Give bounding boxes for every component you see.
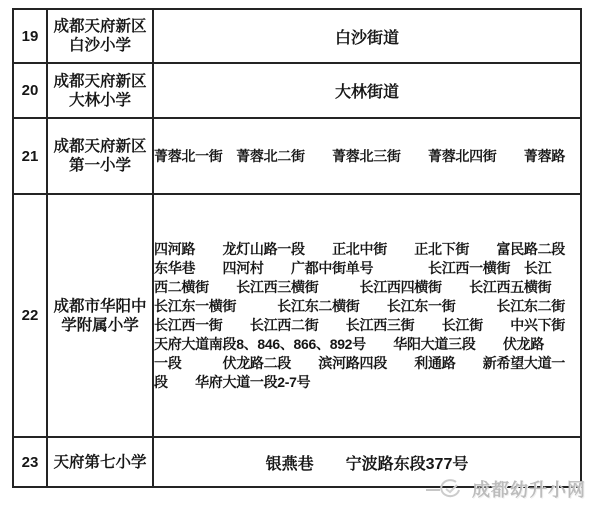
- school-name-line: 成都天府新区: [48, 72, 152, 91]
- street-list-line: 长江西一街 长江西二街 长江西三街 长江街 中兴下街: [154, 316, 580, 335]
- school-name-line: 第一小学: [48, 156, 152, 175]
- school-name-line: 大林小学: [48, 91, 152, 110]
- school-name-cell: 成都天府新区 白沙小学: [47, 9, 153, 63]
- school-district-table: 19 成都天府新区 白沙小学 白沙街道 20 成都天府新区 大林小学 大林街道 …: [12, 8, 582, 488]
- table-row: 19 成都天府新区 白沙小学 白沙街道: [13, 9, 581, 63]
- street-list-line: 四河路 龙灯山路一段 正北中街 正北下街 富民路二段: [154, 240, 580, 259]
- scribble-logo-icon: [426, 476, 470, 502]
- watermark-label: 成都幼升小网: [472, 476, 586, 502]
- school-name-line: 成都天府新区: [48, 17, 152, 36]
- street-list-line: 东华巷 四河村 广都中街单号 长江西一横街 长江: [154, 259, 580, 278]
- row-number: 19: [13, 9, 47, 63]
- streets-cell: 菁蓉北一街 菁蓉北二街 菁蓉北三街 菁蓉北四街 菁蓉路: [153, 118, 581, 194]
- school-name-cell: 成都天府新区 第一小学: [47, 118, 153, 194]
- school-name-line: 天府第七小学: [48, 453, 152, 472]
- school-name-cell: 天府第七小学: [47, 437, 153, 487]
- row-number: 20: [13, 63, 47, 118]
- street-list-line: 一段 伏龙路二段 滨河路四段 利通路 新希望大道一: [154, 354, 580, 373]
- watermark: 成都幼升小网: [426, 476, 586, 502]
- row-number: 21: [13, 118, 47, 194]
- street-list-line: 长江东一横街 长江东二横街 长江东一街 长江东二街: [154, 297, 580, 316]
- school-name-cell: 成都市华阳中 学附属小学: [47, 194, 153, 437]
- table-row: 22 成都市华阳中 学附属小学 四河路 龙灯山路一段 正北中街 正北下街 富民路…: [13, 194, 581, 437]
- streets-cell: 大林街道: [153, 63, 581, 118]
- table-row: 20 成都天府新区 大林小学 大林街道: [13, 63, 581, 118]
- school-name-cell: 成都天府新区 大林小学: [47, 63, 153, 118]
- table-row: 21 成都天府新区 第一小学 菁蓉北一街 菁蓉北二街 菁蓉北三街 菁蓉北四街 菁…: [13, 118, 581, 194]
- district-table-body: 19 成都天府新区 白沙小学 白沙街道 20 成都天府新区 大林小学 大林街道 …: [13, 9, 581, 487]
- row-number: 22: [13, 194, 47, 437]
- street-list-line: 天府大道南段8、846、866、892号 华阳大道三段 伏龙路: [154, 335, 580, 354]
- row-number: 23: [13, 437, 47, 487]
- street-list-line: 段 华府大道一段2-7号: [154, 373, 580, 392]
- street-list-line: 西二横街 长江西三横街 长江西四横街 长江西五横街: [154, 278, 580, 297]
- streets-cell: 四河路 龙灯山路一段 正北中街 正北下街 富民路二段 东华巷 四河村 广都中街单…: [153, 194, 581, 437]
- streets-cell: 白沙街道: [153, 9, 581, 63]
- school-name-line: 成都天府新区: [48, 137, 152, 156]
- street-list-line: 菁蓉北一街 菁蓉北二街 菁蓉北三街 菁蓉北四街 菁蓉路: [154, 147, 580, 166]
- school-name-line: 白沙小学: [48, 36, 152, 55]
- school-name-line: 学附属小学: [48, 316, 152, 335]
- school-name-line: 成都市华阳中: [48, 297, 152, 316]
